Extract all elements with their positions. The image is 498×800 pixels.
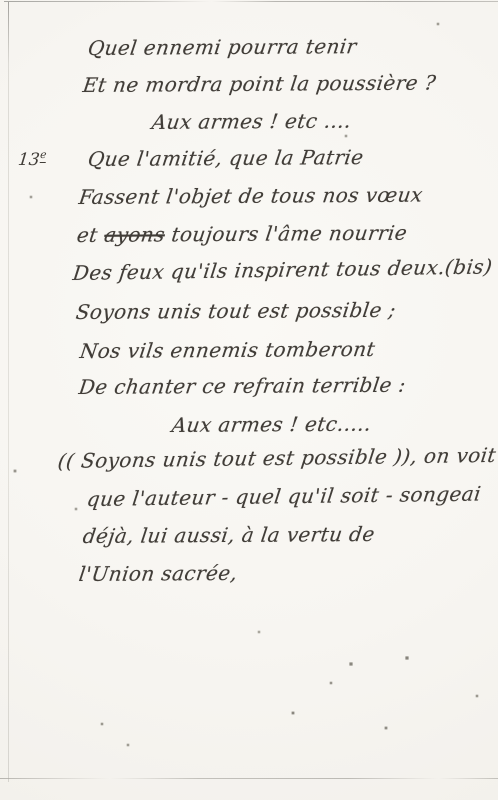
scan-edge-top	[4, 1, 498, 2]
stanza-number: 13e	[17, 150, 47, 170]
manuscript-line: Des feux qu'ils inspirent tous deux.(bis…	[72, 254, 494, 285]
manuscript-line: Nos vils ennemis tomberont	[78, 337, 376, 363]
line-text: et	[75, 223, 106, 247]
manuscript-line: (( Soyons unis tout est possible )), on …	[56, 443, 497, 473]
manuscript-page: 13e Quel ennemi pourra tenir Et ne mordr…	[0, 0, 498, 800]
manuscript-line: Aux armes ! etc ....	[150, 109, 353, 134]
paper-specks	[0, 0, 2, 2]
scan-edge-left	[8, 2, 9, 782]
stanza-number-base: 13	[17, 150, 41, 170]
manuscript-line: Fassent l'objet de tous nos vœux	[77, 183, 424, 209]
manuscript-line: De chanter ce refrain terrible :	[77, 373, 407, 399]
struck-word: ayons	[103, 222, 167, 246]
stanza-number-superscript: e	[39, 149, 47, 163]
manuscript-line: Quel ennemi pourra tenir	[86, 34, 358, 60]
manuscript-line: l'Union sacrée,	[77, 561, 239, 586]
line-text: toujours l'âme nourrie	[163, 221, 408, 247]
manuscript-line: Aux armes ! etc.....	[170, 412, 373, 437]
manuscript-line: déjà, lui aussi, à la vertu de	[81, 522, 376, 548]
scan-edge-bottom	[0, 778, 498, 779]
manuscript-line: et ayons toujours l'âme nourrie	[75, 221, 408, 247]
manuscript-line: Soyons unis tout est possible ;	[74, 298, 397, 324]
manuscript-line: Que l'amitié, que la Patrie	[86, 145, 365, 171]
manuscript-line: Et ne mordra point la poussière ?	[81, 71, 437, 97]
manuscript-line: que l'auteur - quel qu'il soit - songeai	[85, 482, 482, 511]
